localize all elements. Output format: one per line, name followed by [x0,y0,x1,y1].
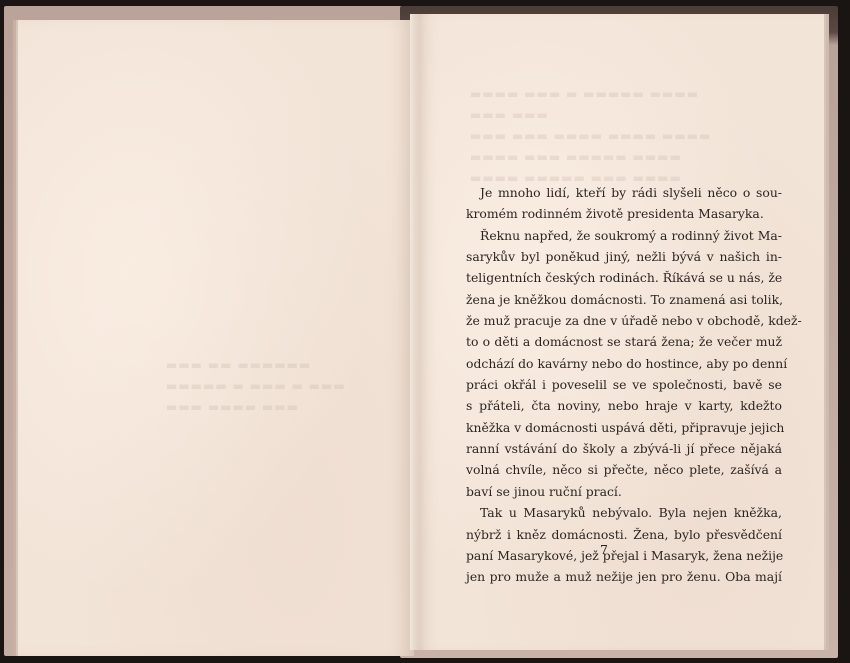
text-line: kromém rodinném životě presidenta Masary… [466,203,782,224]
text-line: žena je kněžkou domácnosti. To znamená a… [466,289,782,310]
text-line: to o děti a domácnost se stará žena; že … [466,331,782,352]
page-number: 7 [600,542,608,557]
text-line: nýbrž i kněz domácnosti. Žena, bylo přes… [466,524,782,545]
text-line: baví se jinou ruční prací. [466,481,782,502]
text-line: sarykův byl poněkud jiný, nežli bývá v n… [466,246,782,267]
show-through-text: ▬▬▬▬ ▬▬▬ ▬ ▬▬▬▬▬ ▬▬▬▬▬▬▬ ▬▬▬▬▬▬ ▬▬▬ ▬▬▬▬… [470,84,711,189]
text-line: Tak u Masaryků nebývalo. Byla nejen kněž… [466,502,782,523]
text-line: kněžka v domácnosti uspává děti, připrav… [466,417,782,438]
text-line: s přáteli, čta noviny, nebo hraje v kart… [466,395,782,416]
paragraph: Řeknu napřed, že soukromý a rodinný živo… [466,225,782,502]
text-line: odchází do kavárny nebo do hostince, aby… [466,353,782,374]
text-line: teligentních českých rodinách. Říkává se… [466,267,782,288]
text-line: Řeknu napřed, že soukromý a rodinný živo… [466,225,782,246]
paragraph: Tak u Masaryků nebývalo. Byla nejen kněž… [466,502,782,587]
text-line: paní Masarykové, jež přejal i Masaryk, ž… [466,545,782,566]
text-line: ranní vstávání do školy a zbývá-li jí př… [466,438,782,459]
left-page: ▬▬▬ ▬▬ ▬▬▬▬▬▬▬▬▬▬▬ ▬ ▬▬▬ ▬ ▬▬▬▬▬▬ ▬▬▬▬ ▬… [13,20,414,656]
open-book: ▬▬▬ ▬▬ ▬▬▬▬▬▬▬▬▬▬▬ ▬ ▬▬▬ ▬ ▬▬▬▬▬▬ ▬▬▬▬ ▬… [0,0,850,663]
text-line: Je mnoho lidí, kteří by rádi slyšeli něc… [466,182,782,203]
gutter [410,14,420,650]
text-line: práci okřál i poveselil se ve společnost… [466,374,782,395]
show-through-text: ▬▬▬ ▬▬ ▬▬▬▬▬▬▬▬▬▬▬ ▬ ▬▬▬ ▬ ▬▬▬▬▬▬ ▬▬▬▬ ▬… [166,355,346,418]
body-text: Je mnoho lidí, kteří by rádi slyšeli něc… [466,182,782,588]
text-line: volná chvíle, něco si přečte, něco plete… [466,459,782,480]
paragraph: Je mnoho lidí, kteří by rádi slyšeli něc… [466,182,782,225]
text-line: jen pro muže a muž nežije jen pro ženu. … [466,566,782,587]
text-line: že muž pracuje za dne v úřadě nebo v obc… [466,310,782,331]
